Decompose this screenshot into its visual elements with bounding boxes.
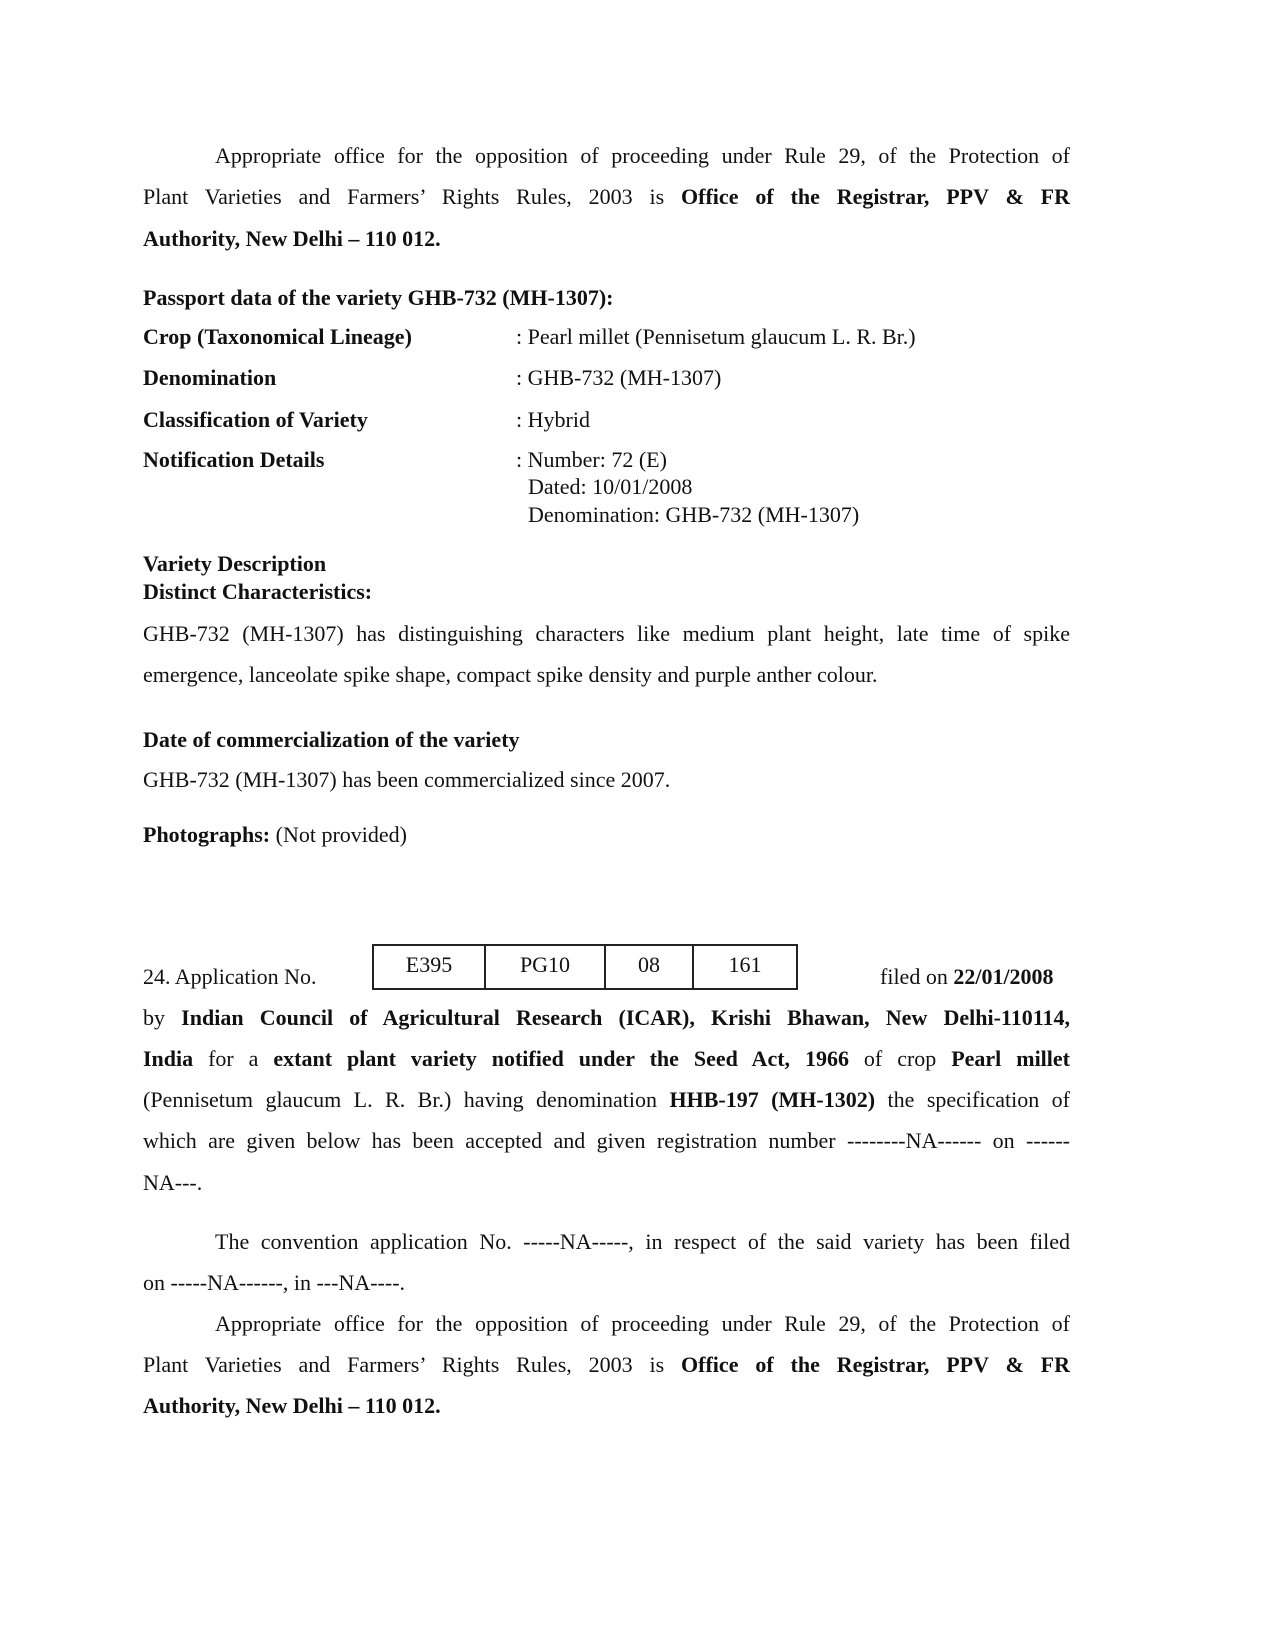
text: by	[143, 1005, 181, 1030]
applicant-line: by Indian Council of Agricultural Resear…	[143, 1005, 1070, 1031]
app-cell: 08	[605, 945, 693, 989]
office-address: Authority, New Delhi – 110 012.	[143, 226, 441, 251]
app-cell: PG10	[485, 945, 605, 989]
text: Appropriate office for the opposition of…	[215, 143, 1070, 168]
text: filed on	[880, 964, 953, 989]
denomination: HHB-197 (MH-1302)	[670, 1087, 876, 1112]
variety-description-heading: Variety Description	[143, 551, 326, 577]
app-cell-text: 161	[694, 946, 796, 978]
text: for a	[193, 1046, 273, 1071]
commercialization-text: GHB-732 (MH-1307) has been commercialize…	[143, 767, 1070, 793]
field-label-classification: Classification of Variety	[143, 407, 368, 433]
field-label-denomination: Denomination	[143, 365, 276, 391]
field-label-crop: Crop (Taxonomical Lineage)	[143, 324, 412, 350]
text: the specification of	[875, 1087, 1070, 1112]
variety-type-line: India for a extant plant variety notifie…	[143, 1046, 1070, 1072]
commercialization-heading: Date of commercialization of the variety	[143, 727, 520, 753]
distinct-text-line-1: GHB-732 (MH-1307) has distinguishing cha…	[143, 621, 1070, 647]
field-value-classification: : Hybrid	[516, 407, 590, 433]
photographs-label: Photographs:	[143, 822, 270, 847]
convention-line-1: The convention application No. -----NA--…	[143, 1229, 1070, 1255]
field-value-notification-date: Dated: 10/01/2008	[528, 474, 692, 500]
application-number-table: E395 PG10 08 161	[372, 944, 798, 990]
filed-date: 22/01/2008	[953, 964, 1053, 989]
office-paragraph-line-1: Appropriate office for the opposition of…	[143, 143, 1070, 169]
text: Plant Varieties and Farmers’ Rights Rule…	[143, 184, 681, 209]
distinct-characteristics-heading: Distinct Characteristics:	[143, 579, 372, 605]
passport-heading: Passport data of the variety GHB-732 (MH…	[143, 285, 613, 311]
text: (Pennisetum glaucum L. R. Br.) having de…	[143, 1087, 670, 1112]
text: of crop	[849, 1046, 951, 1071]
field-value-denomination: : GHB-732 (MH-1307)	[516, 365, 721, 391]
registration-line-end: NA---.	[143, 1170, 1070, 1196]
office-paragraph-line-3: Authority, New Delhi – 110 012.	[143, 226, 1070, 252]
denomination-line: (Pennisetum glaucum L. R. Br.) having de…	[143, 1087, 1070, 1113]
office-paragraph-2-line-3: Authority, New Delhi – 110 012.	[143, 1393, 1070, 1419]
distinct-text-line-2: emergence, lanceolate spike shape, compa…	[143, 662, 1070, 688]
photographs-value: (Not provided)	[270, 822, 407, 847]
office-paragraph-line-2: Plant Varieties and Farmers’ Rights Rule…	[143, 184, 1070, 210]
office-paragraph-2-line-1: Appropriate office for the opposition of…	[143, 1311, 1070, 1337]
app-cell-text: E395	[374, 946, 484, 978]
text: Plant Varieties and Farmers’ Rights Rule…	[143, 1352, 681, 1377]
variety-type: extant plant variety notified under the …	[273, 1046, 849, 1071]
field-value-notification-denomination: Denomination: GHB-732 (MH-1307)	[528, 502, 859, 528]
office-address: Authority, New Delhi – 110 012.	[143, 1393, 441, 1418]
office-paragraph-2-line-2: Plant Varieties and Farmers’ Rights Rule…	[143, 1352, 1070, 1378]
convention-line-2: on -----NA------, in ---NA----.	[143, 1270, 1070, 1296]
text: Appropriate office for the opposition of…	[215, 1311, 1070, 1336]
applicant-name: Indian Council of Agricultural Research …	[181, 1005, 1070, 1030]
crop-name: Pearl millet	[951, 1046, 1070, 1071]
photographs-line: Photographs: (Not provided)	[143, 822, 1070, 848]
office-name: Office of the Registrar, PPV & FR	[681, 184, 1070, 209]
text: India	[143, 1046, 193, 1071]
field-value-crop: : Pearl millet (Pennisetum glaucum L. R.…	[516, 324, 916, 350]
app-cell: 161	[693, 945, 797, 989]
application-number-label: 24. Application No.	[143, 964, 317, 990]
registration-line: which are given below has been accepted …	[143, 1128, 1070, 1154]
app-cell: E395	[373, 945, 485, 989]
field-label-notification: Notification Details	[143, 447, 324, 473]
app-cell-text: PG10	[486, 946, 604, 978]
field-value-notification-number: : Number: 72 (E)	[516, 447, 667, 473]
text: The convention application No. -----NA--…	[215, 1229, 1070, 1254]
app-cell-text: 08	[606, 946, 692, 978]
office-name: Office of the Registrar, PPV & FR	[681, 1352, 1070, 1377]
filed-on: filed on 22/01/2008	[880, 964, 1054, 990]
